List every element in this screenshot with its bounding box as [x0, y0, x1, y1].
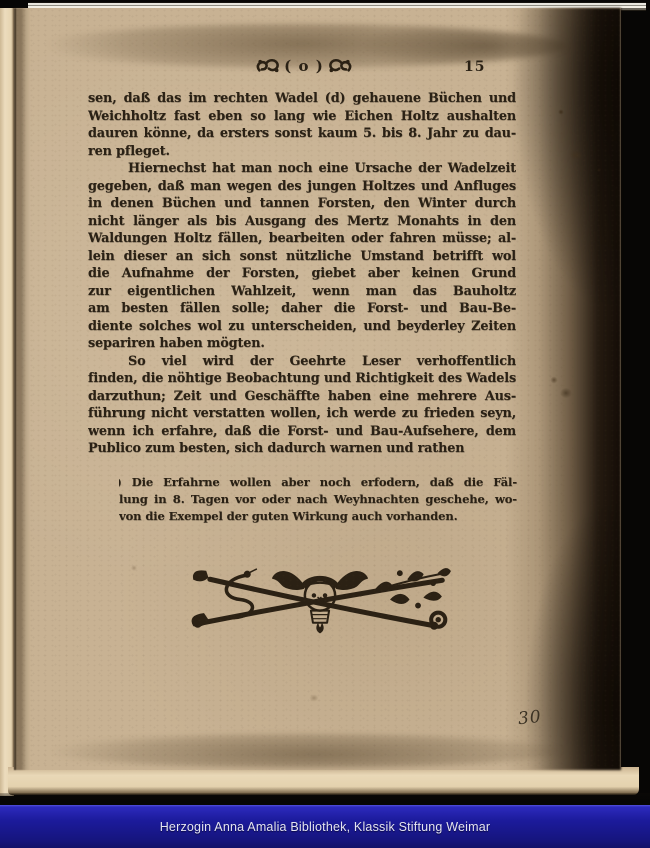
footnote-line: von die Exempel der guten Wirkung auch v… — [119, 508, 517, 525]
library-caption: Herzogin Anna Amalia Bibliothek, Klassik… — [160, 820, 491, 834]
text-line: wenn ich erfahre, daß die Forst- und Bau… — [88, 423, 516, 441]
text-line: Waldungen Holtz fällen, bearbeiten oder … — [88, 230, 516, 248]
book-right-page-edges — [620, 5, 644, 795]
text-line: ren pfleget. — [88, 143, 516, 161]
body-text: sen, daß das im rechten Wadel (d) gehaue… — [88, 90, 516, 458]
footnote-line: lung in 8. Tagen vor oder nach Weyhnacht… — [119, 491, 517, 508]
text-line: gegeben, daß man wegen des jungen Holtze… — [88, 178, 516, 196]
text-line: zur eigentlichen Wahlzeit, wenn man das … — [88, 283, 516, 301]
header-signature-mark: ( o ) — [284, 57, 324, 75]
text-line: die Aufnahme der Forsten, giebet aber ke… — [88, 265, 516, 283]
book-left-page-edges — [0, 8, 14, 796]
text-line: sen, daß das im rechten Wadel (d) gehaue… — [88, 90, 516, 108]
handwritten-folio-number: 30 — [517, 707, 543, 729]
text-line: Publico zum besten, sich dadurch warnen … — [88, 440, 516, 458]
scan-viewer: ( o ) 15 sen, daß das im rechten Wadel (… — [0, 0, 650, 848]
footnote: (d) Die Erfahrne wollen aber noch erfode… — [103, 474, 517, 525]
text-line: lein dieser an sich sonst nützliche Umst… — [88, 248, 516, 266]
text-line: finden, die nöhtige Beobachtung und Rich… — [88, 370, 516, 388]
text-line: in denen Büchen und tannen Forsten, den … — [88, 195, 516, 213]
caption-bar: Herzogin Anna Amalia Bibliothek, Klassik… — [0, 805, 650, 848]
text-line: separiren haben mögten. — [88, 335, 516, 353]
text-line: darzuthun; Zeit und Geschäffte haben ein… — [88, 388, 516, 406]
footnote-line: (d) Die Erfahrne wollen aber noch erfode… — [119, 474, 517, 491]
burned-edge-overlay — [506, 8, 621, 770]
text-line: So viel wird der Geehrte Leser verhoffen… — [88, 353, 516, 371]
text-line: Hiernechst hat man noch eine Ursache der… — [88, 160, 516, 178]
text-line: Weichholtz fast eben so lang wie Eichen … — [88, 108, 516, 126]
page-header: ( o ) — [244, 55, 364, 77]
text-line: dauren könne, da ersters sonst kaum 5. b… — [88, 125, 516, 143]
tailpiece-vignette — [182, 553, 458, 649]
text-line: am besten fällen solle; daher die Forst-… — [88, 300, 516, 318]
text-line: nicht länger als bis Ausgang des Mertz M… — [88, 213, 516, 231]
bottom-stain-overlay — [50, 734, 561, 768]
text-line: führung nicht verstatten wollen, ich wer… — [88, 405, 516, 423]
printed-page-number: 15 — [464, 59, 485, 75]
fleuron-ornament-icon — [255, 57, 281, 75]
book-bottom-page-edges — [8, 767, 639, 795]
scanned-page: ( o ) 15 sen, daß das im rechten Wadel (… — [14, 8, 621, 770]
fleuron-ornament-icon — [327, 57, 353, 75]
gutter-shadow — [14, 8, 30, 770]
text-line: diente solches wol zu unterscheiden, und… — [88, 318, 516, 336]
